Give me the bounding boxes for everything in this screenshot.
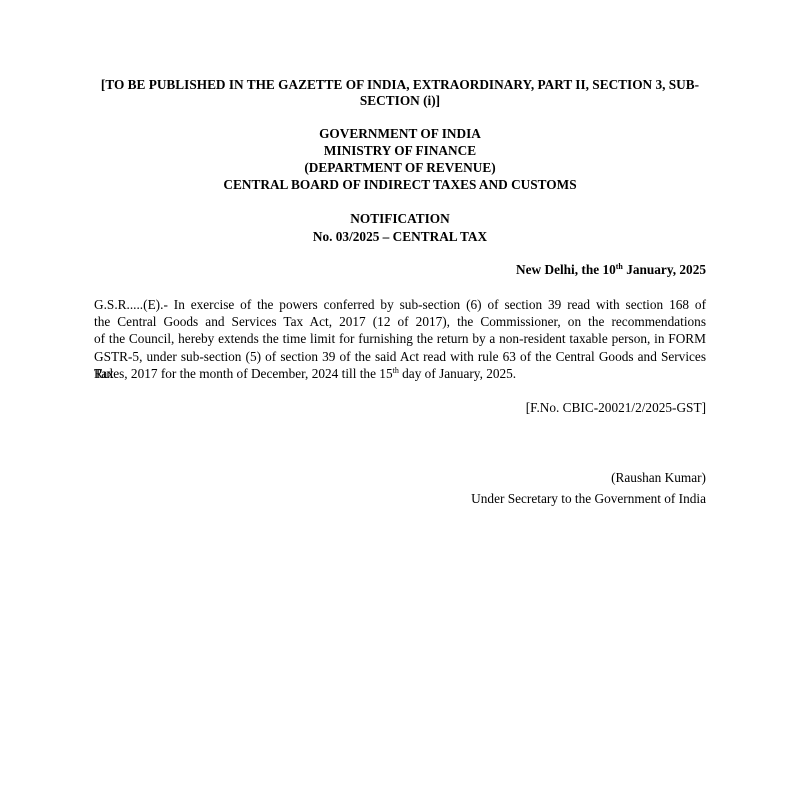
- body-line: of the Council, hereby extends the time …: [94, 330, 706, 347]
- body-line: GSTR-5, under sub-section (5) of section…: [94, 348, 706, 365]
- body-line: Rules, 2017 for the month of December, 2…: [94, 365, 706, 382]
- notification-title: NOTIFICATION: [94, 211, 706, 227]
- org-ministry: MINISTRY OF FINANCE: [94, 143, 706, 159]
- notification-number: No. 03/2025 – CENTRAL TAX: [94, 229, 706, 245]
- date-line: New Delhi, the 10th January, 2025: [516, 262, 706, 278]
- signatory-designation: Under Secretary to the Government of Ind…: [471, 491, 706, 507]
- body-line: G.S.R.....(E).- In exercise of the power…: [94, 296, 706, 313]
- org-board: CENTRAL BOARD OF INDIRECT TAXES AND CUST…: [94, 177, 706, 193]
- body-line: the Central Goods and Services Tax Act, …: [94, 313, 706, 330]
- notification-body: G.S.R.....(E).- In exercise of the power…: [94, 296, 706, 382]
- gazette-heading-line2: SECTION (i)]: [94, 93, 706, 109]
- org-government: GOVERNMENT OF INDIA: [94, 126, 706, 142]
- org-department: (DEPARTMENT OF REVENUE): [94, 160, 706, 176]
- document-page: [TO BE PUBLISHED IN THE GAZETTE OF INDIA…: [0, 0, 800, 804]
- signatory-name: (Raushan Kumar): [611, 470, 706, 486]
- file-number: [F.No. CBIC-20021/2/2025-GST]: [526, 400, 706, 416]
- gazette-heading-line1: [TO BE PUBLISHED IN THE GAZETTE OF INDIA…: [94, 77, 706, 93]
